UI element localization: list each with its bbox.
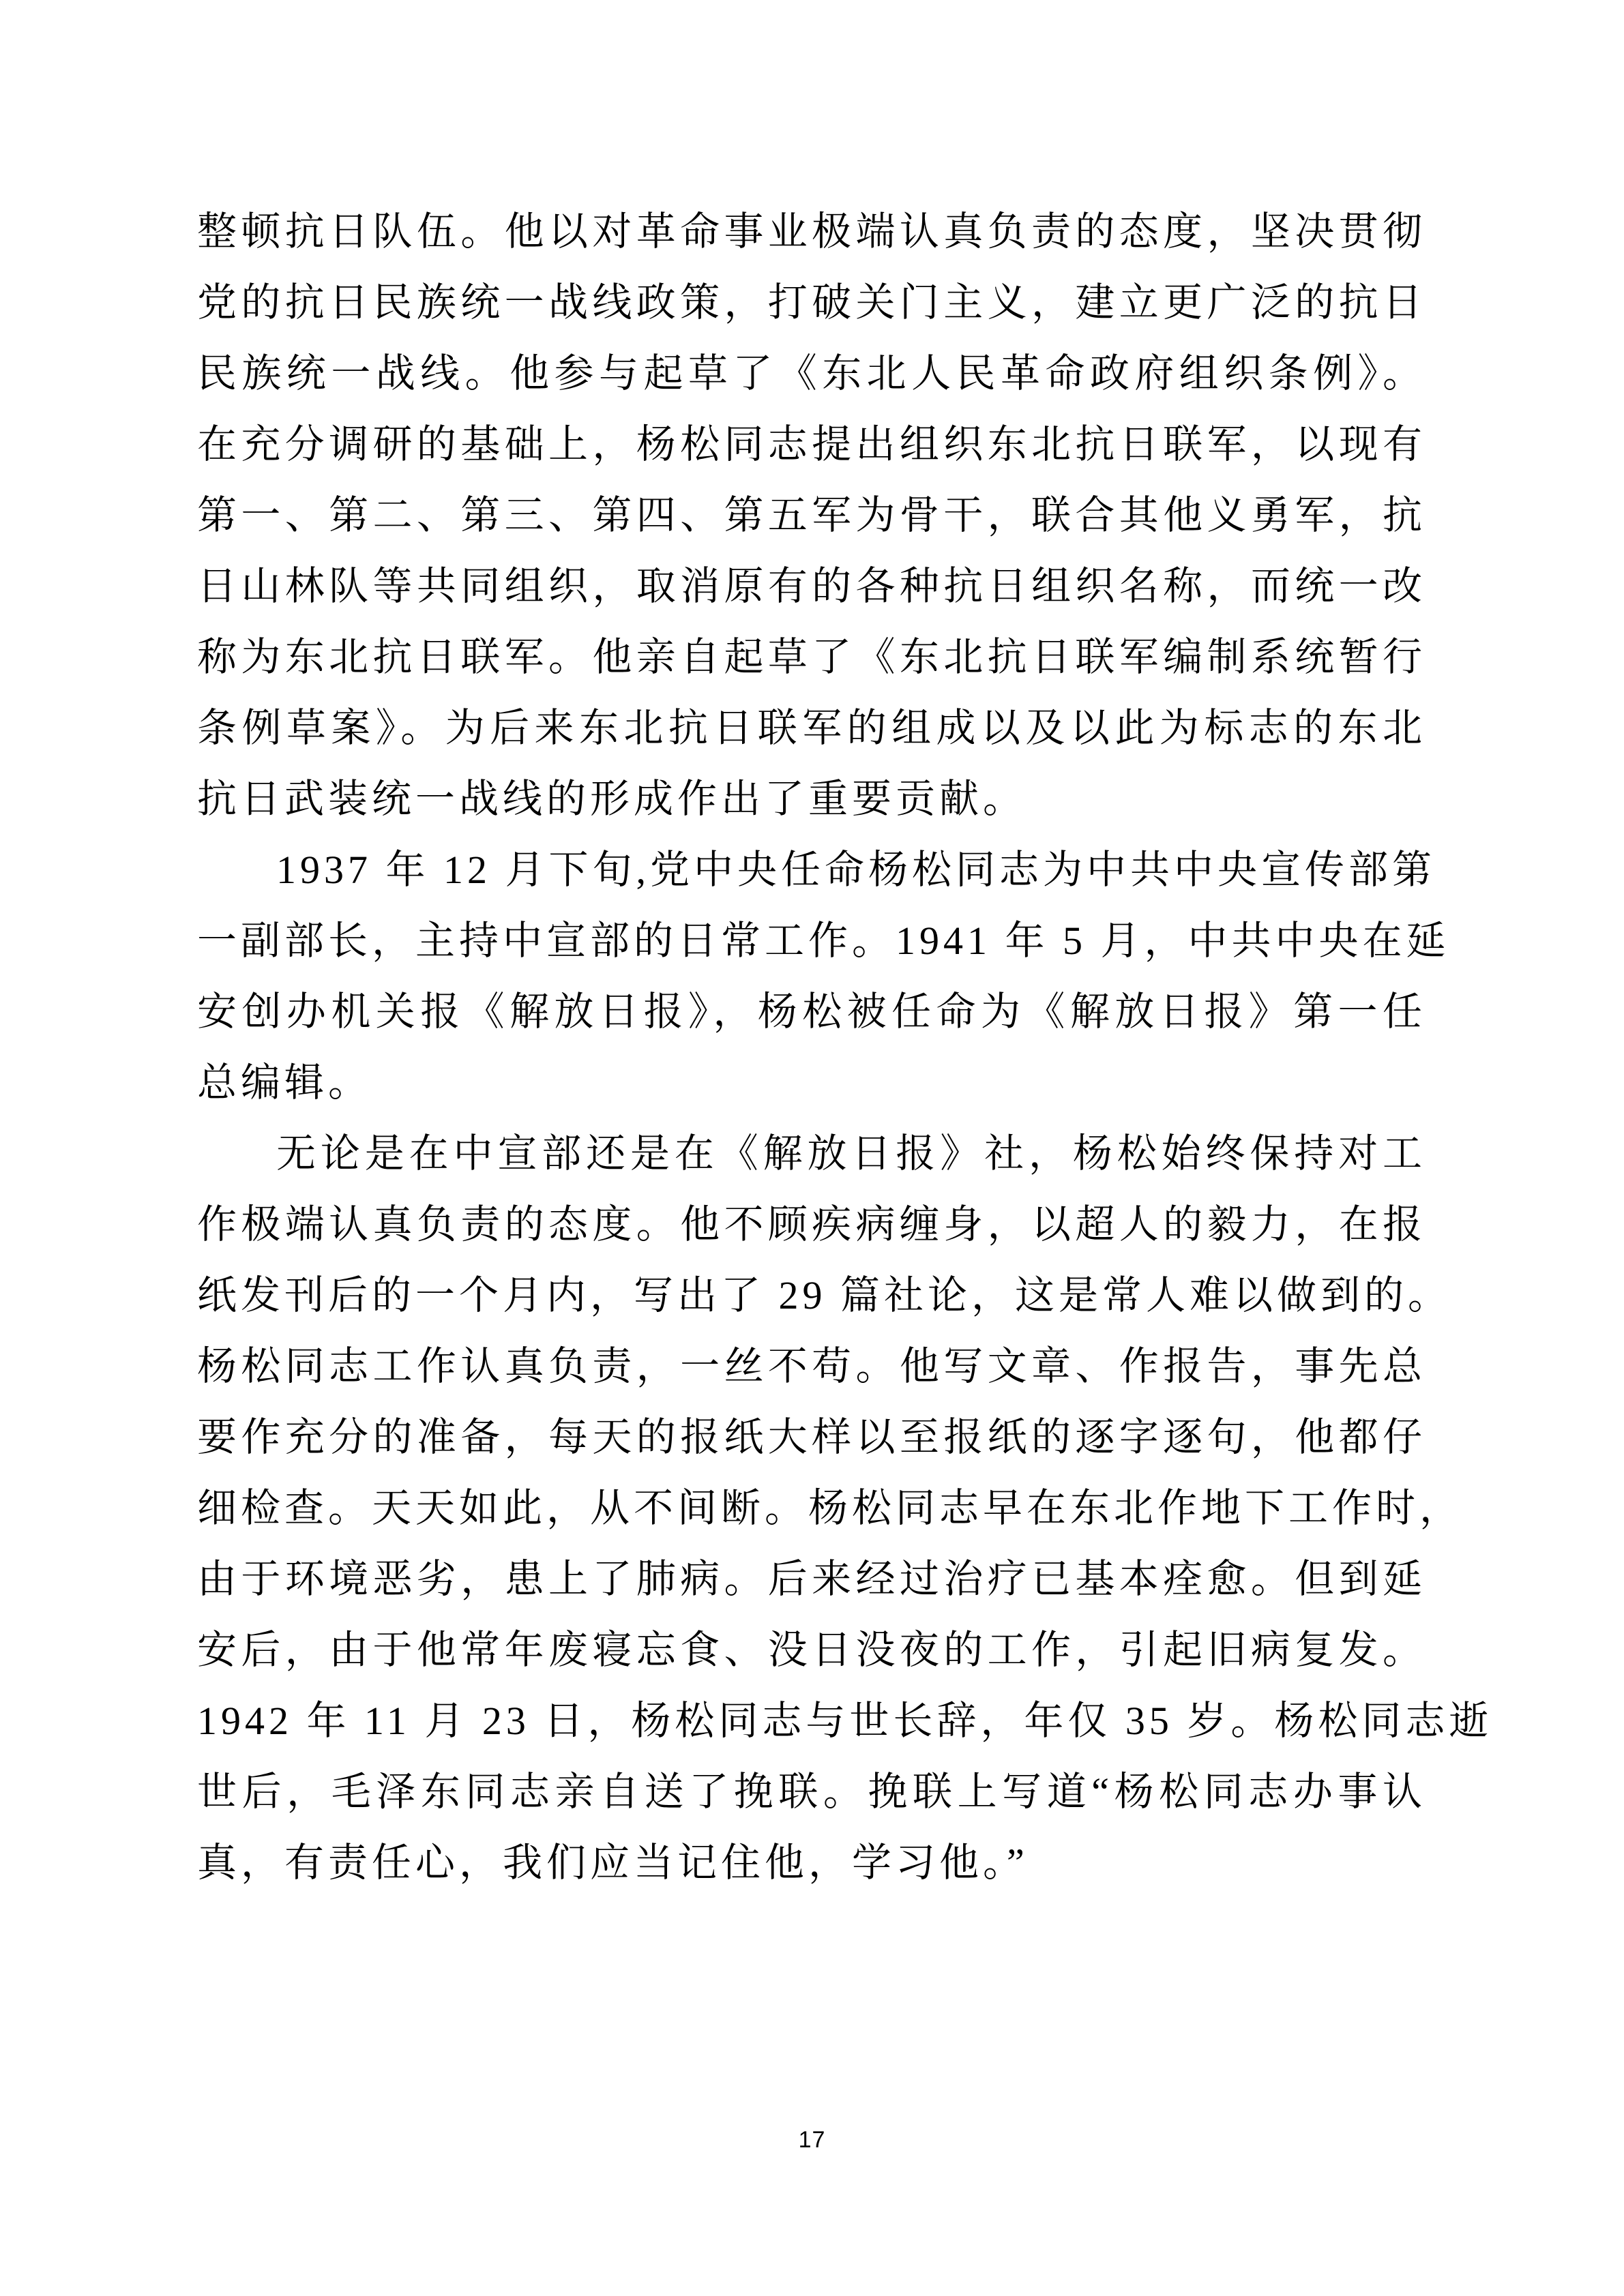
text-line: 纸发刊后的一个月内，写出了 29 篇社论，这是常人难以做到的。 bbox=[197, 1260, 1426, 1331]
page-footer: 17 bbox=[0, 2126, 1624, 2153]
text-line: 真，有责任心，我们应当记住他，学习他。” bbox=[197, 1828, 1426, 1898]
text-line: 总编辑。 bbox=[197, 1047, 1426, 1118]
text-line: 一副部长，主持中宣部的日常工作。1941 年 5 月，中共中央在延 bbox=[197, 906, 1426, 976]
text-line: 在充分调研的基础上，杨松同志提出组织东北抗日联军，以现有 bbox=[197, 409, 1426, 480]
text-body: 整顿抗日队伍。他以对革命事业极端认真负责的态度，坚决贯彻党的抗日民族统一战线政策… bbox=[197, 196, 1426, 1898]
text-line: 整顿抗日队伍。他以对革命事业极端认真负责的态度，坚决贯彻 bbox=[197, 196, 1426, 267]
text-line: 抗日武装统一战线的形成作出了重要贡献。 bbox=[197, 764, 1426, 835]
text-line: 1942 年 11 月 23 日，杨松同志与世长辞，年仅 35 岁。杨松同志逝 bbox=[197, 1686, 1426, 1757]
paragraph: 1937 年 12 月下旬,党中央任命杨松同志为中共中央宣传部第一副部长，主持中… bbox=[197, 835, 1426, 1118]
text-line: 无论是在中宣部还是在《解放日报》社，杨松始终保持对工 bbox=[197, 1118, 1426, 1189]
text-line: 世后，毛泽东同志亲自送了挽联。挽联上写道“杨松同志办事认 bbox=[197, 1757, 1426, 1828]
text-line: 称为东北抗日联军。他亲自起草了《东北抗日联军编制系统暂行 bbox=[197, 622, 1426, 693]
text-line: 安创办机关报《解放日报》，杨松被任命为《解放日报》第一任 bbox=[197, 976, 1426, 1047]
text-line: 作极端认真负责的态度。他不顾疾病缠身，以超人的毅力，在报 bbox=[197, 1189, 1426, 1260]
paragraph: 无论是在中宣部还是在《解放日报》社，杨松始终保持对工作极端认真负责的态度。他不顾… bbox=[197, 1118, 1426, 1898]
text-line: 1937 年 12 月下旬,党中央任命杨松同志为中共中央宣传部第 bbox=[197, 835, 1426, 906]
text-line: 杨松同志工作认真负责，一丝不苟。他写文章、作报告，事先总 bbox=[197, 1331, 1426, 1402]
text-line: 第一、第二、第三、第四、第五军为骨干，联合其他义勇军，抗 bbox=[197, 480, 1426, 551]
text-line: 由于环境恶劣，患上了肺病。后来经过治疗已基本痊愈。但到延 bbox=[197, 1544, 1426, 1615]
text-line: 细检查。天天如此，从不间断。杨松同志早在东北作地下工作时， bbox=[197, 1473, 1426, 1544]
document-page: 整顿抗日队伍。他以对革命事业极端认真负责的态度，坚决贯彻党的抗日民族统一战线政策… bbox=[0, 0, 1624, 2296]
text-line: 要作充分的准备，每天的报纸大样以至报纸的逐字逐句，他都仔 bbox=[197, 1402, 1426, 1473]
paragraph: 整顿抗日队伍。他以对革命事业极端认真负责的态度，坚决贯彻党的抗日民族统一战线政策… bbox=[197, 196, 1426, 835]
text-line: 党的抗日民族统一战线政策，打破关门主义，建立更广泛的抗日 bbox=[197, 267, 1426, 338]
text-line: 安后，由于他常年废寝忘食、没日没夜的工作，引起旧病复发。 bbox=[197, 1615, 1426, 1686]
text-line: 条例草案》。为后来东北抗日联军的组成以及以此为标志的东北 bbox=[197, 693, 1426, 764]
text-line: 日山林队等共同组织，取消原有的各种抗日组织名称，而统一改 bbox=[197, 551, 1426, 622]
page-number: 17 bbox=[799, 2127, 826, 2153]
text-line: 民族统一战线。他参与起草了《东北人民革命政府组织条例》。 bbox=[197, 338, 1426, 409]
